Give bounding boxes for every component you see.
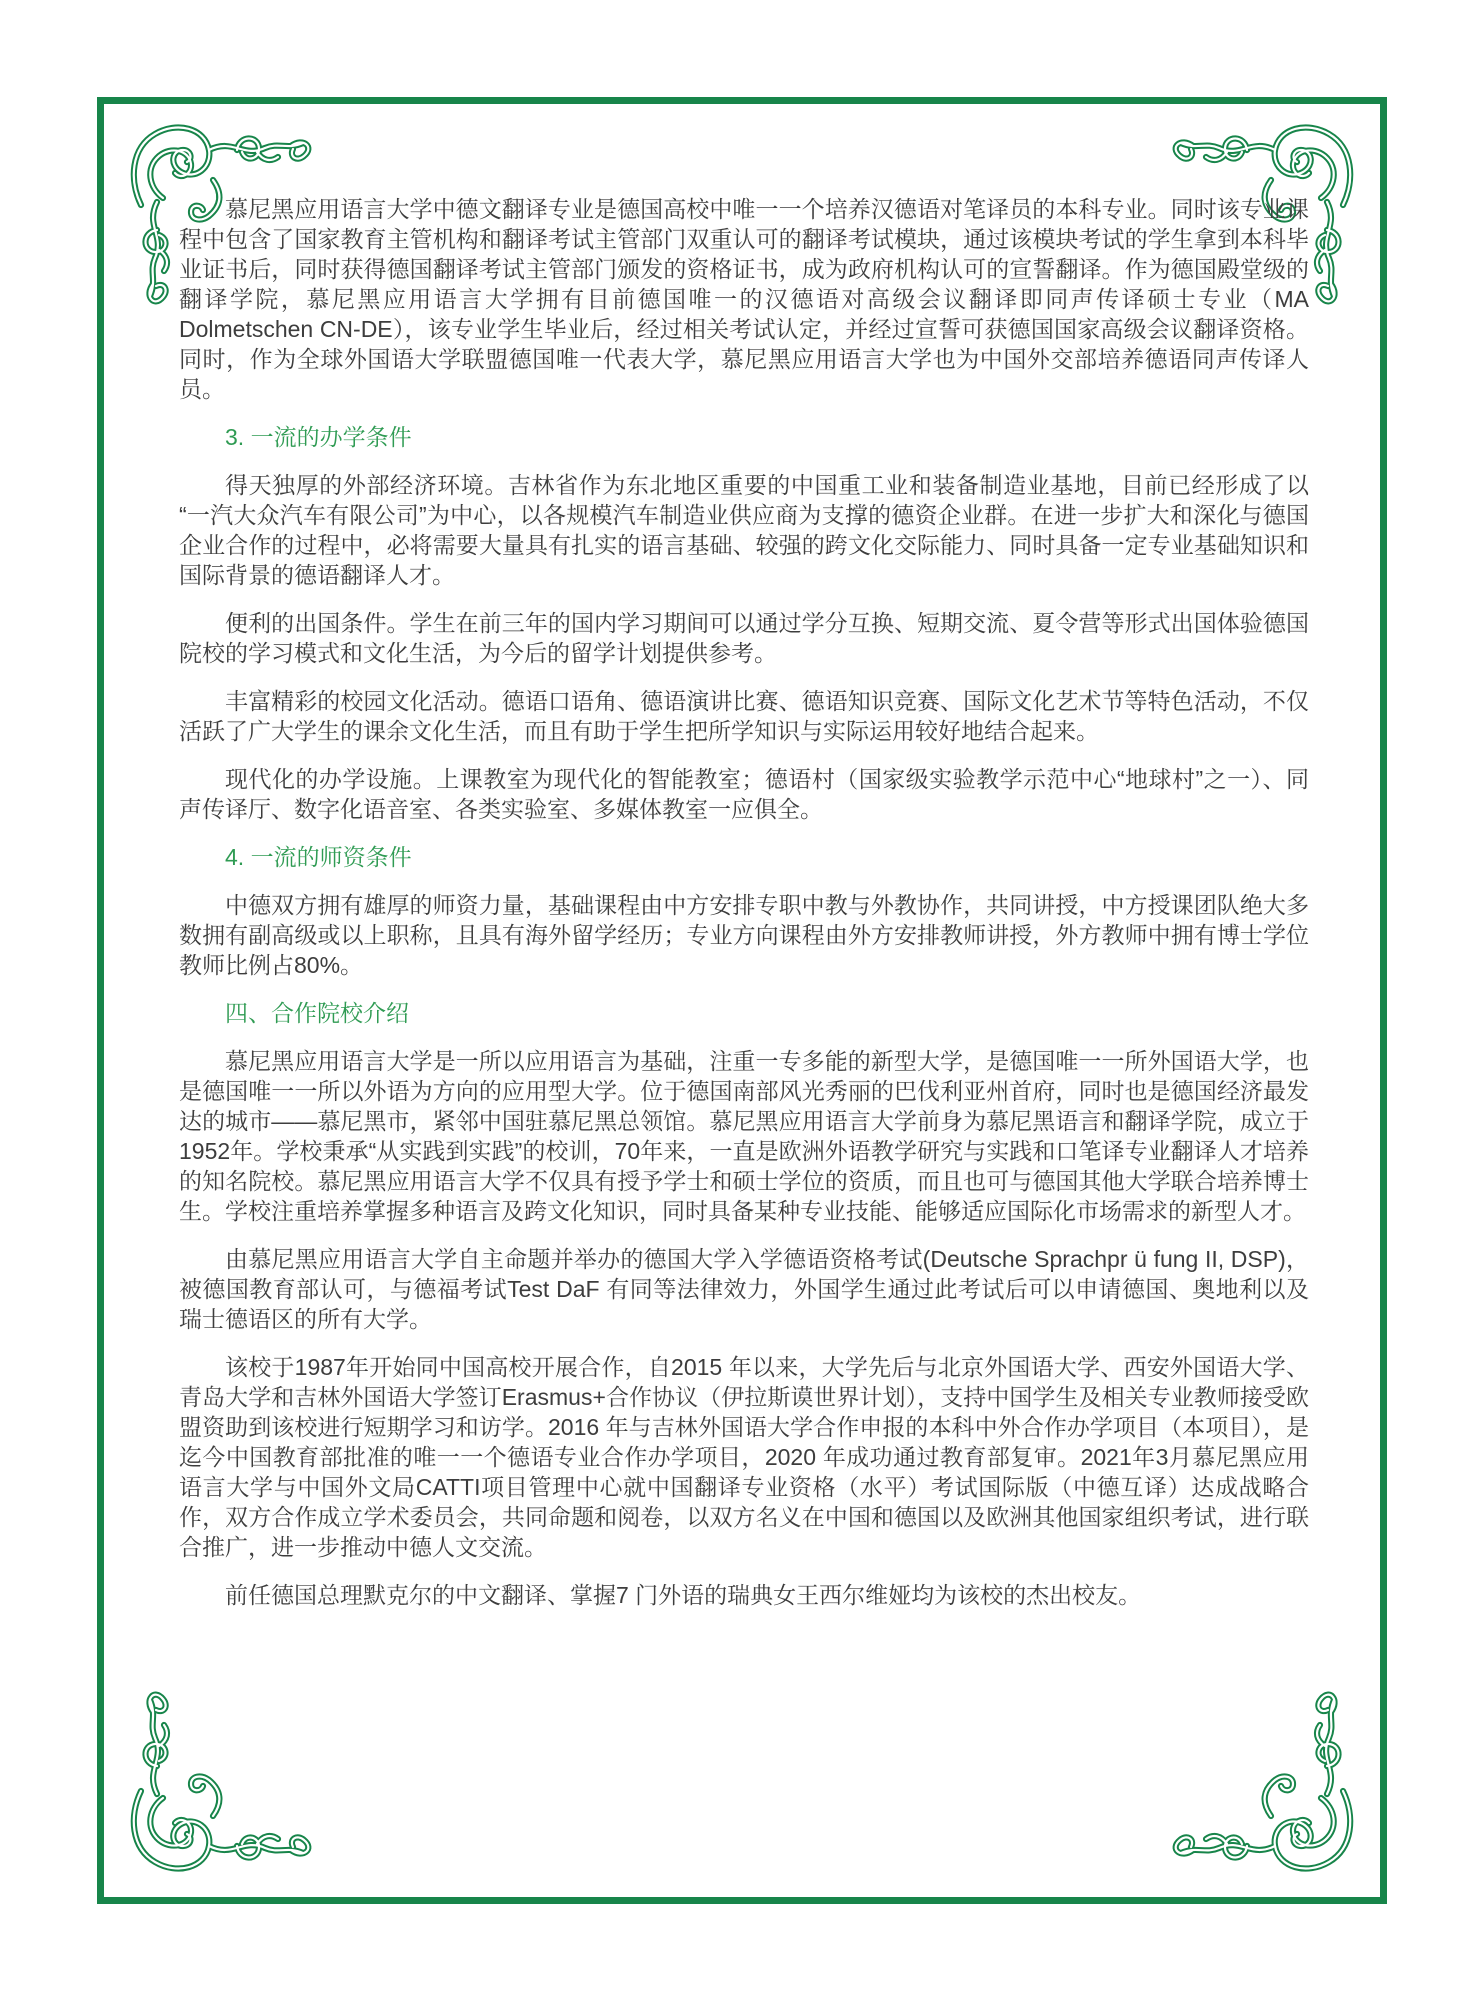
paragraph-campus-culture: 丰富精彩的校园文化活动。德语口语角、德语演讲比赛、德语知识竞赛、国际文化艺术节等… [179, 686, 1309, 746]
document-page: 慕尼黑应用语言大学中德文翻译专业是德国高校中唯一一个培养汉德语对笔译员的本科专业… [0, 0, 1484, 2000]
paragraph-china-cooperation: 该校于1987年开始同中国高校开展合作，自2015 年以来，大学先后与北京外国语… [179, 1352, 1309, 1562]
paragraph-notable-alumni: 前任德国总理默克尔的中文翻译、掌握7 门外语的瑞典女王西尔维娅均为该校的杰出校友… [179, 1580, 1309, 1610]
document-body: 慕尼黑应用语言大学中德文翻译专业是德国高校中唯一一个培养汉德语对笔译员的本科专业… [179, 194, 1309, 1628]
paragraph-dsp-exam: 由慕尼黑应用语言大学自主命题并举办的德国大学入学德语资格考试(Deutsche … [179, 1244, 1309, 1334]
paragraph-faculty-strength: 中德双方拥有雄厚的师资力量，基础课程由中方安排专职中教与外教协作，共同讲授，中方… [179, 890, 1309, 980]
section-heading-faculty-conditions: 4. 一流的师资条件 [179, 842, 1309, 872]
paragraph-abroad-conditions: 便利的出国条件。学生在前三年的国内学习期间可以通过学分互换、短期交流、夏令营等形… [179, 608, 1309, 668]
paragraph-university-profile: 慕尼黑应用语言大学是一所以应用语言为基础，注重一专多能的新型大学，是德国唯一一所… [179, 1046, 1309, 1226]
section-heading-school-conditions: 3. 一流的办学条件 [179, 422, 1309, 452]
paragraph-economic-environment: 得天独厚的外部经济环境。吉林省作为东北地区重要的中国重工业和装备制造业基地，目前… [179, 470, 1309, 590]
section-heading-partner-school: 四、合作院校介绍 [179, 998, 1309, 1028]
paragraph-modern-facilities: 现代化的办学设施。上课教室为现代化的智能教室；德语村（国家级实验教学示范中心“地… [179, 764, 1309, 824]
paragraph-program-intro: 慕尼黑应用语言大学中德文翻译专业是德国高校中唯一一个培养汉德语对笔译员的本科专业… [179, 194, 1309, 404]
